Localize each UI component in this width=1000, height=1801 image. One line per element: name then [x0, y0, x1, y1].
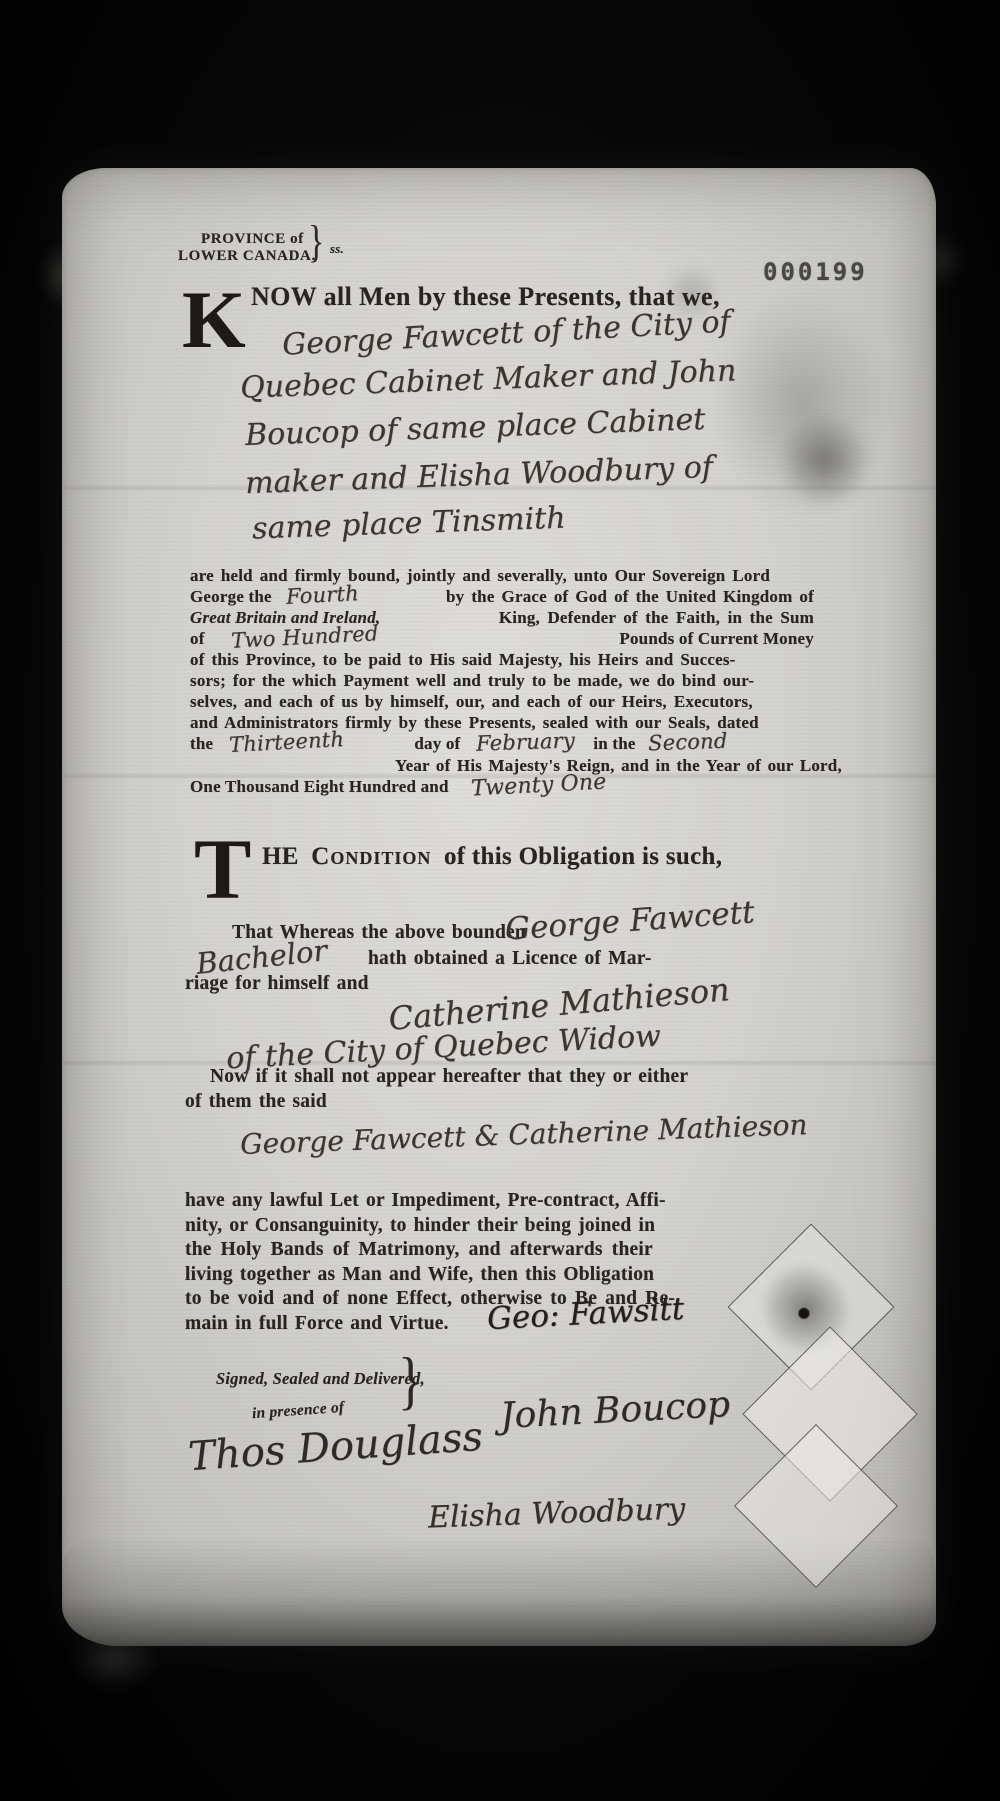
- terms-line2: nity, or Consanguinity, to hinder their …: [185, 1215, 655, 1237]
- bond-line2-pre: George the: [190, 587, 272, 607]
- attestation-brace: }: [398, 1345, 423, 1419]
- bond-line3-post: King, Defender of the Faith, in the Sum: [499, 608, 814, 628]
- terms-line4: living together as Man and Wife, then th…: [185, 1264, 654, 1286]
- bond-line5: of this Province, to be paid to His said…: [190, 650, 736, 670]
- bond-line9-pre: the: [190, 734, 213, 754]
- jurat-ss: ss.: [330, 241, 344, 257]
- scanned-document-canvas: PROVINCE of LOWER CANADA. } ss. 000199 K…: [0, 0, 1000, 1801]
- bond-line7: selves, and each of us by himself, our, …: [190, 692, 753, 712]
- bond-line6: sors; for the which Payment well and tru…: [190, 671, 754, 691]
- bond-line3: Great Britain and Ireland, King, Defende…: [190, 608, 814, 628]
- province-line2: LOWER CANADA.: [178, 248, 316, 265]
- drop-cap-t: T: [194, 836, 251, 903]
- now-line2: of them the said: [185, 1091, 327, 1113]
- condition-heading: HE Condition of this Obligation is such,: [262, 843, 722, 871]
- bond-line9: the Thirteenth day of February in the Se…: [190, 734, 814, 754]
- hw-month: February: [476, 728, 576, 755]
- licence-line2: riage for himself and: [185, 973, 369, 995]
- bond-line9-mid: day of: [414, 734, 460, 754]
- bond-line9-mid2: in the: [593, 734, 635, 754]
- hw-regnal-name: Fourth: [285, 581, 359, 609]
- drop-cap-k: K: [182, 288, 246, 352]
- ink-stain: [777, 413, 872, 508]
- attestation-line1: Signed, Sealed and Delivered,: [216, 1369, 425, 1389]
- seal-ink-dot: [796, 1306, 812, 1322]
- bond-line10: Year of His Majesty's Reign, and in the …: [395, 756, 842, 776]
- province-line1: PROVINCE of: [201, 231, 304, 248]
- ink-stain: [712, 288, 892, 518]
- bond-line4-pre: of: [190, 629, 205, 649]
- terms-line6: main in full Force and Virtue.: [185, 1313, 449, 1335]
- bond-line11-pre: One Thousand Eight Hundred and: [190, 777, 449, 797]
- bond-line2: George the Fourth by the Grace of God of…: [190, 587, 814, 607]
- bond-line2-post: by the Grace of God of the United Kingdo…: [446, 587, 814, 607]
- bond-line4-post: Pounds of Current Money: [619, 629, 814, 649]
- terms-line1: have any lawful Let or Impediment, Pre-c…: [185, 1190, 666, 1212]
- condition-heading-he: HE: [262, 843, 299, 870]
- bond-line1: are held and firmly bound, jointly and s…: [190, 566, 770, 586]
- hw-day: Thirteenth: [229, 727, 345, 757]
- condition-heading-condition: Condition: [311, 843, 431, 870]
- bond-line11: One Thousand Eight Hundred and Twenty On…: [190, 777, 606, 798]
- now-line1: Now if it shall not appear hereafter tha…: [210, 1066, 688, 1088]
- terms-line3: the Holy Bands of Matrimony, and afterwa…: [185, 1239, 653, 1261]
- bond-line4: of Two Hundred Pounds of Current Money: [190, 629, 814, 649]
- licence-line1: hath obtained a Licence of Mar-: [368, 948, 652, 970]
- header-brace: }: [308, 217, 324, 268]
- serial-number-stamp: 000199: [763, 258, 868, 286]
- hw-regnal-year: Second: [647, 729, 727, 756]
- condition-heading-rest: of this Obligation is such,: [444, 843, 722, 870]
